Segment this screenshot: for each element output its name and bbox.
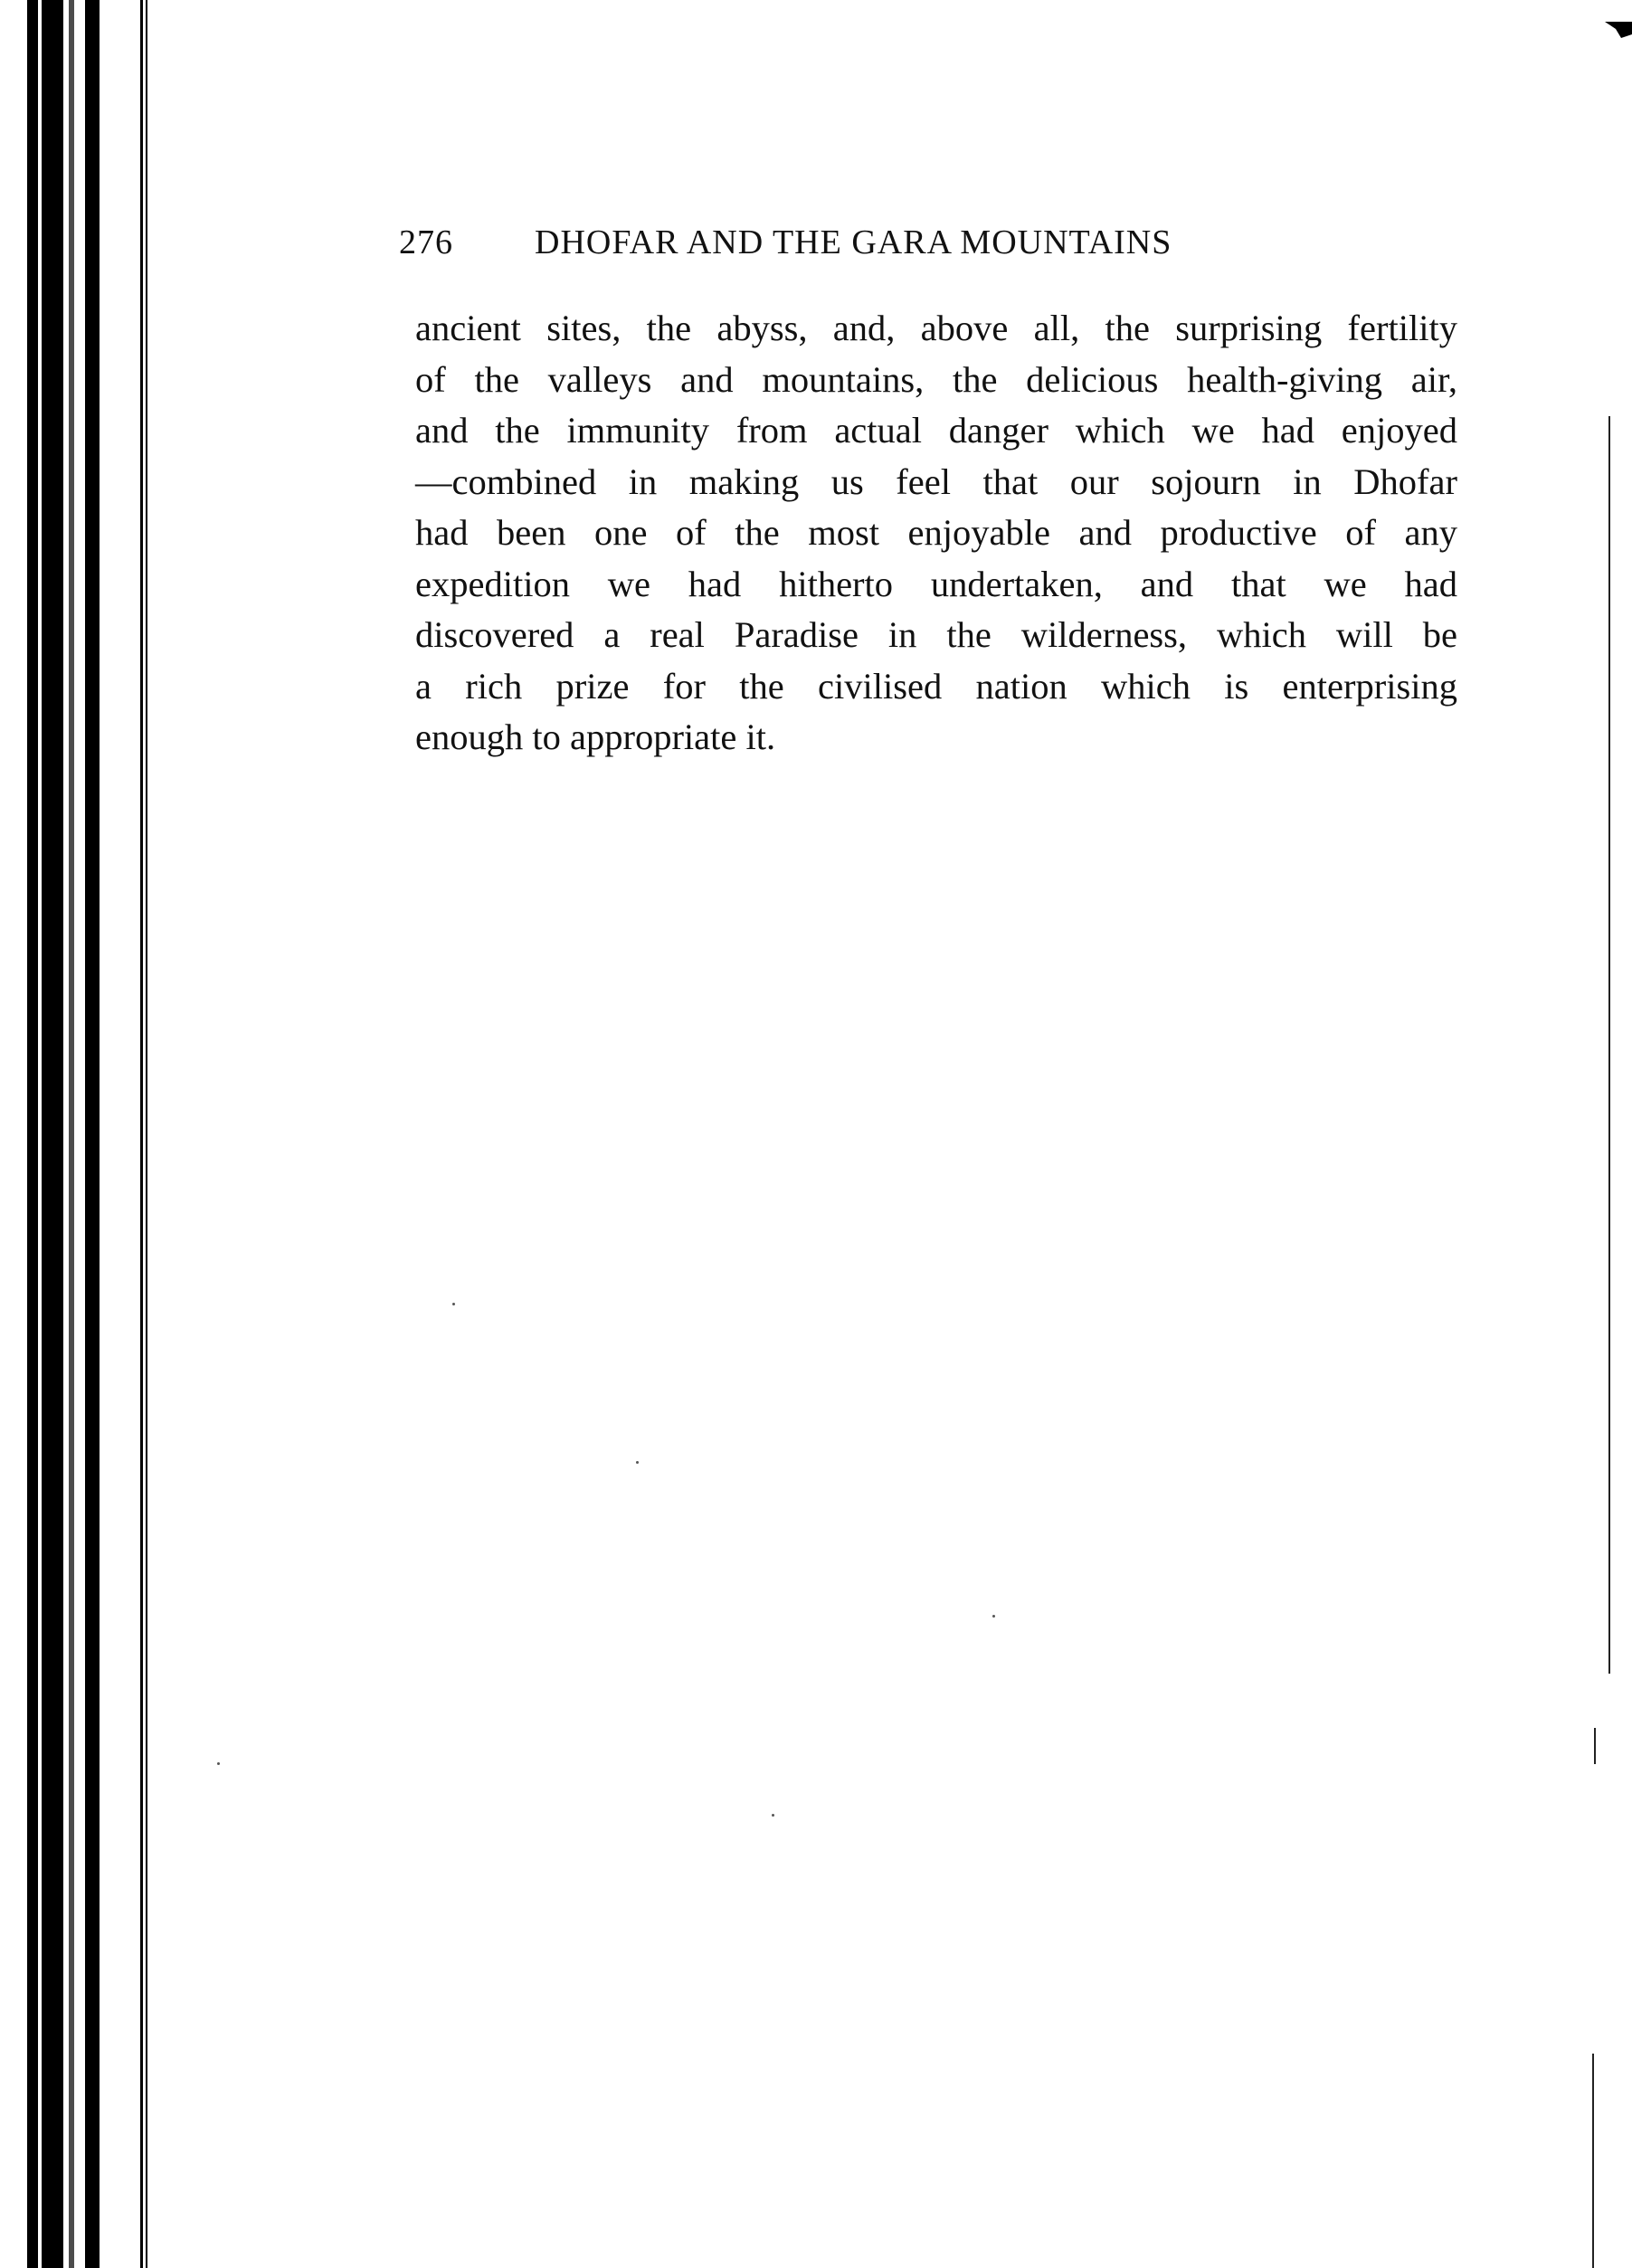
scan-speck: [636, 1461, 639, 1464]
text-line: discovered a real Paradise in the wilder…: [415, 610, 1457, 661]
running-head-title: DHOFAR AND THE GARA MOUNTAINS: [535, 223, 1172, 262]
corner-fold-mark: [1605, 20, 1632, 47]
right-edge-rule: [1592, 2054, 1594, 2268]
text-line: and the immunity from actual danger whic…: [415, 405, 1457, 457]
text-line: a rich prize for the civilised nation wh…: [415, 661, 1457, 713]
scan-speck: [992, 1615, 995, 1618]
text-line: had been one of the most enjoyable and p…: [415, 508, 1457, 559]
text-line: —combined in making us feel that our soj…: [415, 457, 1457, 508]
right-edge-rule: [1594, 1728, 1596, 1764]
text-line: expedition we had hitherto undertaken, a…: [415, 559, 1457, 611]
text-line: enough to appropriate it.: [415, 712, 1457, 764]
binding-edge: [85, 0, 100, 2268]
scanned-book-page: 276DHOFAR AND THE GARA MOUNTAINS ancient…: [0, 0, 1632, 2268]
running-header: 276DHOFAR AND THE GARA MOUNTAINS: [399, 223, 1358, 262]
scan-speck: [772, 1814, 774, 1817]
scan-speck: [452, 1303, 455, 1305]
scan-speck: [217, 1762, 220, 1765]
binding-edge: [27, 0, 38, 2268]
text-line: ancient sites, the abyss, and, above all…: [415, 303, 1457, 355]
binding-edge: [42, 0, 63, 2268]
binding-edge: [69, 0, 74, 2268]
text-line: of the valleys and mountains, the delici…: [415, 355, 1457, 406]
binding-edge: [140, 0, 143, 2268]
body-paragraph: ancient sites, the abyss, and, above all…: [415, 303, 1457, 764]
right-edge-rule: [1608, 416, 1610, 1674]
binding-edge: [146, 0, 147, 2268]
page-number: 276: [399, 223, 535, 262]
